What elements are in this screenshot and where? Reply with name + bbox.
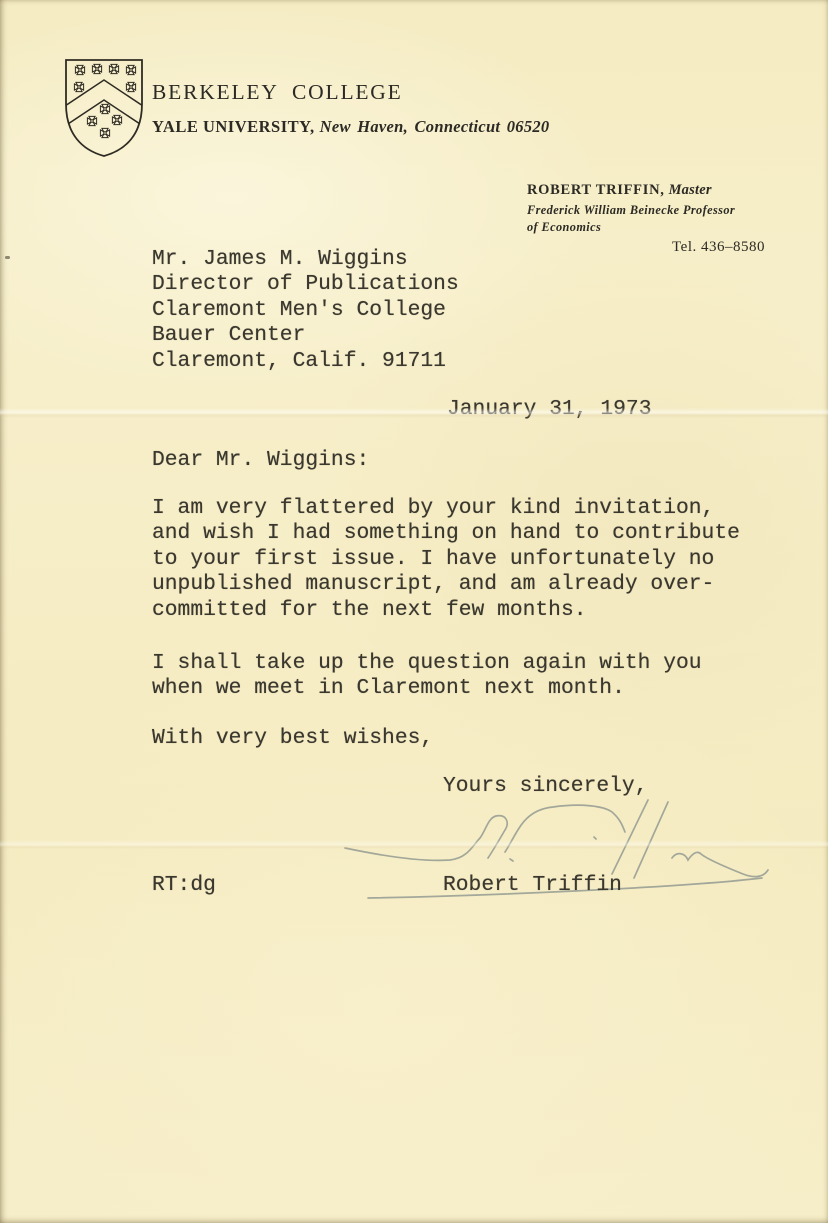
closing-phrase: With very best wishes, bbox=[152, 726, 433, 751]
sender-name-line: ROBERT TRIFFIN,Master bbox=[527, 182, 765, 199]
recipient-line: Director of Publications bbox=[152, 272, 459, 297]
university-name: YALE UNIVERSITY, bbox=[152, 117, 315, 136]
recipient-line: Mr. James M. Wiggins bbox=[152, 247, 459, 272]
recipient-line: Claremont Men's College bbox=[152, 298, 459, 323]
sender-block: ROBERT TRIFFIN,Master Frederick William … bbox=[527, 182, 765, 256]
recipient-address-block: Mr. James M. Wiggins Director of Publica… bbox=[152, 247, 459, 374]
body-line: I shall take up the question again with … bbox=[152, 651, 702, 676]
sender-professorship-dept: of Economics bbox=[527, 219, 765, 236]
recipient-line: Claremont, Calif. 91711 bbox=[152, 349, 459, 374]
paper-crease bbox=[0, 408, 828, 418]
berkeley-college-crest-icon bbox=[59, 56, 149, 160]
body-paragraph-1: I am very flattered by your kind invitat… bbox=[152, 496, 740, 623]
scanned-letter-page: BERKELEY COLLEGE YALE UNIVERSITY,New Hav… bbox=[0, 0, 828, 1223]
body-line: committed for the next few months. bbox=[152, 598, 740, 623]
recipient-line: Bauer Center bbox=[152, 323, 459, 348]
scan-speck bbox=[5, 256, 10, 259]
university-line: YALE UNIVERSITY,New Haven, Connecticut 0… bbox=[152, 117, 549, 137]
body-line: unpublished manuscript, and am already o… bbox=[152, 572, 740, 597]
body-line: and wish I had something on hand to cont… bbox=[152, 521, 740, 546]
sender-professorship: Frederick William Beinecke Professor bbox=[527, 202, 765, 219]
date-line: January 31, 1973 bbox=[447, 397, 651, 422]
sender-name: ROBERT TRIFFIN, bbox=[527, 182, 665, 198]
university-address: New Haven, Connecticut 06520 bbox=[320, 117, 550, 136]
sender-telephone: Tel. 436–8580 bbox=[527, 239, 765, 256]
body-paragraph-2: I shall take up the question again with … bbox=[152, 651, 702, 702]
body-line: I am very flattered by your kind invitat… bbox=[152, 496, 740, 521]
body-line: to your first issue. I have unfortunatel… bbox=[152, 547, 740, 572]
body-line: when we meet in Claremont next month. bbox=[152, 676, 702, 701]
sender-role: Master bbox=[669, 182, 712, 198]
salutation: Dear Mr. Wiggins: bbox=[152, 448, 369, 473]
typist-reference: RT:dg bbox=[152, 873, 216, 898]
typed-signature-name: Robert Triffin bbox=[443, 873, 622, 898]
college-name: BERKELEY COLLEGE bbox=[152, 80, 403, 105]
